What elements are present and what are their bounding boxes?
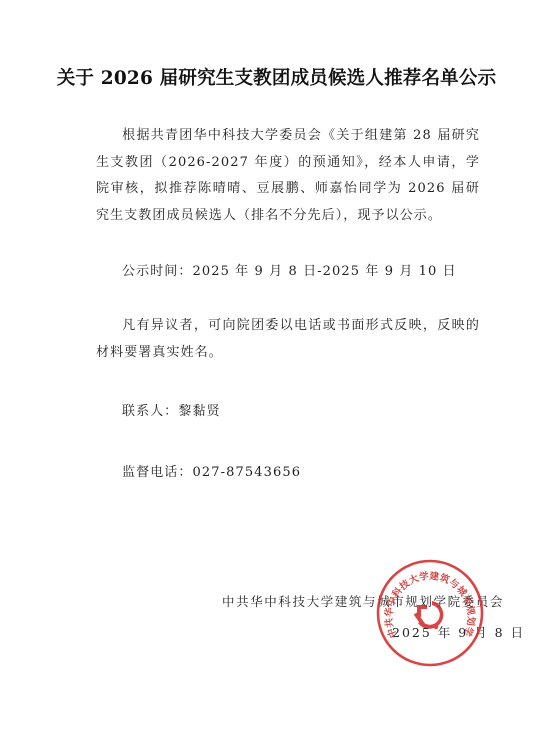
intro-paragraph: 根据共青团华中科技大学委员会《关于组建第 28 届研究生支教团（2026-202… — [96, 123, 480, 229]
publicity-period: 公示时间：2025 年 9 月 8 日-2025 年 9 月 10 日 — [96, 259, 506, 286]
intro-text: 根据共青团华中科技大学委员会《关于组建第 28 届研究生支教团（2026-202… — [96, 128, 480, 223]
signature-date: 2025 年 9 月 8 日 — [392, 623, 525, 641]
supervision-phone: 监督电话：027-87543656 — [96, 460, 506, 487]
objection-paragraph: 凡有异议者，可向院团委以电话或书面形式反映，反映的材料要署真实姓名。 — [96, 313, 480, 366]
signature-organization: 中共华中科技大学建筑与城市规划学院委员会 — [222, 592, 504, 610]
document-title: 关于 2026 届研究生支教团成员候选人推荐名单公示 — [0, 64, 553, 90]
official-seal-icon: 中共华中科技大学建筑与城市规划学院委员会 — [375, 558, 485, 668]
contact-person: 联系人：黎黏贤 — [96, 399, 506, 426]
objection-text: 凡有异议者，可向院团委以电话或书面形式反映，反映的材料要署真实姓名。 — [96, 318, 480, 360]
